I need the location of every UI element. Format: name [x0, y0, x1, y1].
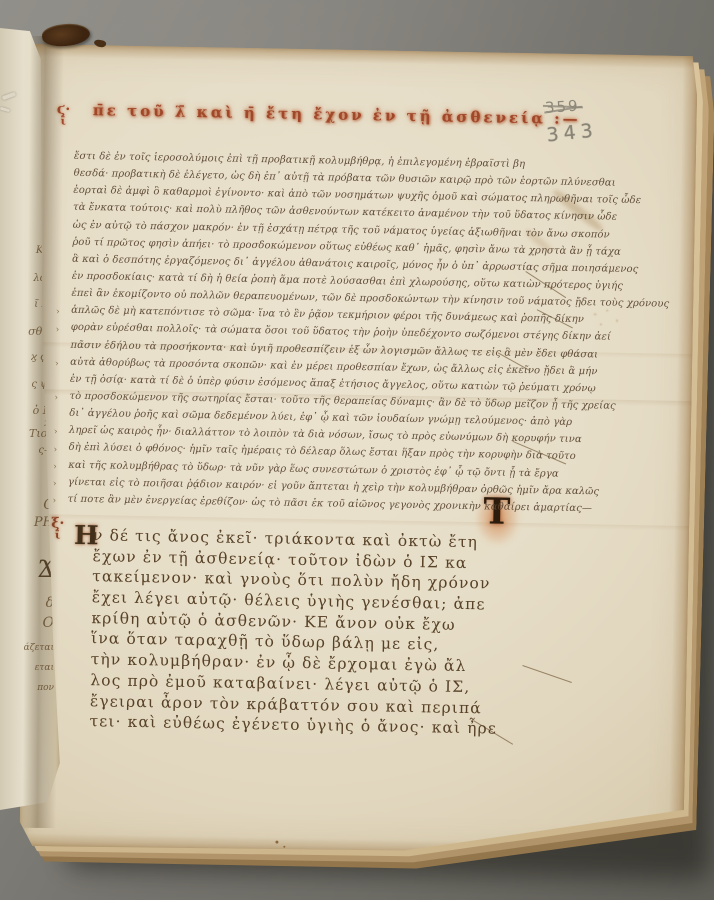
facing-page-text-fragment: O — [0, 616, 54, 630]
gospel-block: Η ν δέ τις ἄνος ἐκεῖ· τριάκοντα καὶ ὀκτὼ… — [89, 526, 493, 740]
gospel-margin-siglum: ξ· ῑ — [51, 518, 65, 539]
margin-diple-mark: › — [53, 461, 66, 472]
facing-page-text-fragment: εται — [0, 664, 54, 673]
pencil-foliation-crossed: 359 — [544, 97, 580, 117]
facing-page-text-fragment: C — [0, 498, 54, 512]
margin-diple-mark: › — [55, 324, 68, 335]
ink-speck — [275, 841, 278, 844]
rubric-title: π̄ε τοῦ λ̄ καὶ η̄ ἔτη ἔχον ἐν τῇ ἀσθενεί… — [93, 103, 533, 126]
pen-flourish — [522, 665, 571, 683]
margin-diple-mark: › — [56, 306, 69, 317]
facing-page-text-fragment: ΡΗ — [0, 516, 54, 529]
margin-diple-mark: › — [53, 444, 66, 455]
manuscript-page: ϛ· ῑ π̄ε τοῦ λ̄ καὶ η̄ ἔτη ἔχον ἐν τῇ ἀσ… — [19, 44, 698, 858]
margin-diple-mark: › — [54, 392, 67, 403]
gospel-siglum-tail: ῑ — [51, 530, 64, 540]
commentary-block: ἔστι δὲ ἐν τοῖς ἱεροσολύμοις ἐπὶ τῇ προβ… — [67, 151, 560, 520]
pencil-foliation: 343 — [545, 119, 598, 146]
margin-diple-mark: › — [52, 495, 65, 506]
facing-page-text-fragment: δ — [0, 596, 54, 610]
chapter-siglum-tail: ῑ — [57, 116, 71, 126]
facing-page-text-fragment: ς— — [0, 446, 54, 456]
stain-freckles — [589, 306, 625, 333]
facing-page-text-fragment: πον — [0, 684, 54, 693]
margin-diple-mark: › — [52, 478, 65, 489]
margin-diple-mark: › — [53, 426, 66, 437]
manuscript-photo: { "pencil_foliation": { "crossed_out": "… — [0, 0, 714, 900]
facing-page-text-fragment: Ϫ — [0, 556, 54, 582]
facing-page-text-fragment: ῑ — [0, 538, 54, 550]
facing-page-text-fragment: άζεται — [0, 644, 54, 653]
ink-speck — [283, 846, 285, 848]
margin-diple-mark: › — [55, 358, 68, 369]
chapter-siglum: ϛ· ῑ — [57, 104, 71, 125]
